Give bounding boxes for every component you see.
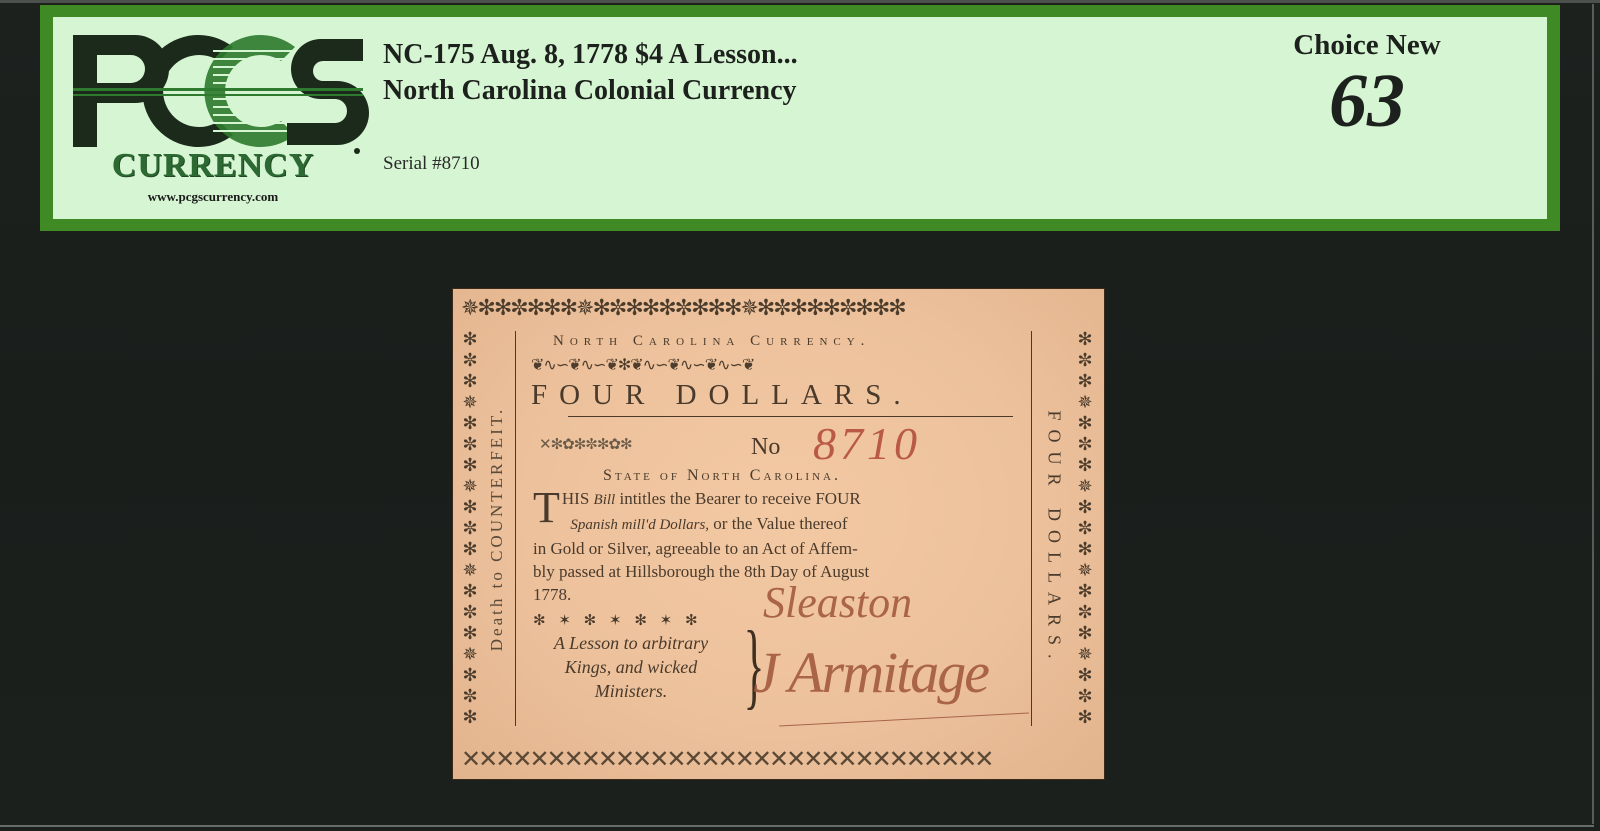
- grading-label: CURRENCY www.pcgscurrency.com NC-175 Aug…: [40, 5, 1560, 231]
- state-line: State of North Carolina.: [603, 467, 841, 485]
- label-panel: CURRENCY www.pcgscurrency.com NC-175 Aug…: [53, 17, 1547, 219]
- side-denomination: FOUR DOLLARS.: [1042, 379, 1066, 699]
- ornament-border-bottom: ✕✕✕✕✕✕✕✕✕✕✕✕✕✕✕✕✕✕✕✕✕✕✕✕✕✕✕✕✕✕✕: [461, 745, 1096, 773]
- motto-line: A Lesson to arbitrary: [531, 631, 731, 655]
- side-denomination-text: FOUR DOLLARS.: [1044, 410, 1065, 667]
- ornament-border-left: ✻✼✻✵✻✼✻✵✻✼✻✵✻✼✻✵✻✼✻: [457, 329, 483, 739]
- currency-note: ✵✻✻✼✻✻✻✵✻✼✻✻✻✼✻✻✻✵✻✼✻✻✻✼✻✻✻ ✕✕✕✕✕✕✕✕✕✕✕✕…: [453, 289, 1104, 779]
- body-text-segment: or the Value thereof: [709, 514, 847, 533]
- counterfeit-warning: Death to COUNTERFEIT.: [485, 329, 509, 729]
- signature-flourish: [779, 712, 1029, 726]
- ornament-border-right: ✻✼✻✵✻✼✻✵✻✼✻✵✻✼✻✵✻✼✻: [1072, 329, 1098, 739]
- drop-cap: T: [533, 489, 560, 527]
- motto-ornament: ✻ ✶ ✻ ✶ ✻ ✶ ✻: [533, 611, 702, 629]
- series-title: North Carolina Colonial Currency: [383, 75, 797, 107]
- body-text-segment: intitles the Bearer to receive FOUR: [615, 489, 860, 508]
- counterfeit-warning-text: Death to COUNTERFEIT.: [487, 407, 507, 651]
- holder-edge-right: [1592, 4, 1594, 824]
- inner-rule-right: [1031, 331, 1032, 726]
- body-text-italic: Spanish mill'd Dollars,: [570, 517, 709, 533]
- ornament-border-top: ✵✻✻✼✻✻✻✵✻✼✻✻✻✼✻✻✻✵✻✼✻✻✻✼✻✻✻: [461, 295, 1096, 323]
- catalog-title: NC-175 Aug. 8, 1778 $4 A Lesson...: [383, 39, 798, 71]
- motto-line: Ministers.: [531, 679, 731, 703]
- serial-number: Serial #8710: [383, 153, 480, 175]
- note-header: North Carolina Currency.: [553, 333, 870, 350]
- website-link[interactable]: www.pcgscurrency.com: [63, 189, 363, 205]
- body-text-line: 1778.: [533, 585, 571, 604]
- body-text-italic: Bill: [594, 492, 616, 508]
- motto-text: A Lesson to arbitrary Kings, and wicked …: [531, 631, 731, 703]
- handwritten-serial: 8710: [813, 417, 921, 470]
- grade-description: Choice New: [1272, 29, 1462, 62]
- logo-currency-text: CURRENCY: [63, 147, 363, 185]
- number-label: No: [751, 434, 780, 461]
- signature-2: J Armitage: [753, 639, 988, 706]
- denomination-rule: [568, 416, 1013, 417]
- holder-edge-top: [0, 0, 1600, 3]
- ornament-row: ✕✻✿✻✼✻✿✻: [539, 435, 632, 453]
- inner-rule-left: [515, 331, 516, 726]
- holder-edge-bottom: [0, 825, 1594, 827]
- motto-line: Kings, and wicked: [531, 655, 731, 679]
- body-text-segment: HIS: [562, 489, 594, 508]
- signature-1: Sleaston: [763, 577, 912, 628]
- denomination: FOUR DOLLARS.: [531, 379, 1011, 412]
- scroll-ornament: ❦∿∽❦∿∽❦✻❦∿∽❦∿∽❦∿∽❦: [531, 355, 1011, 374]
- grade-number: 63: [1272, 63, 1462, 139]
- body-text-line: in Gold or Silver, agreeable to an Act o…: [533, 539, 858, 558]
